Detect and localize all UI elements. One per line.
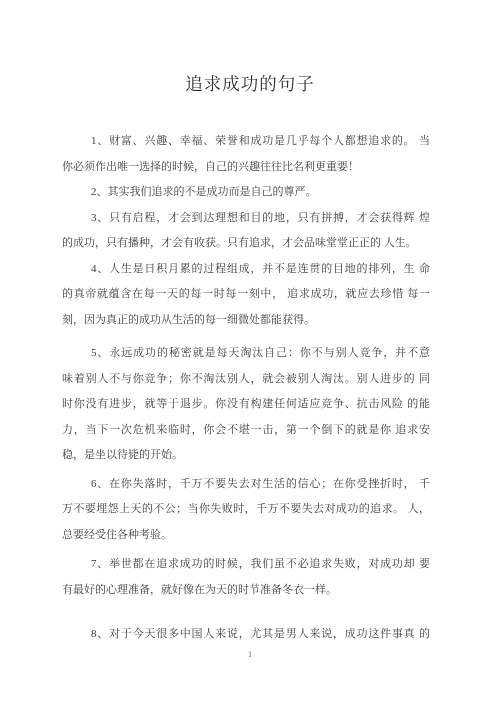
paragraph: 4、人生是日积月累的过程组成，并不是连贯的目地的排列，生 命的真帝就蕴含在每一天…	[62, 257, 430, 334]
paragraph: 7、举世都在追求成功的时候，我们虽不必追求失败，对成功却 要有最好的心理准备，就…	[62, 552, 430, 603]
paragraph-line: 味着别人不与你竞争；你不淘汰别人，就会被别人淘汰。别人进步的 同	[62, 367, 430, 393]
paragraph-line: 刻，因为真正的成功从生活的每一细微处都能获得。	[62, 308, 430, 334]
paragraph-line: 1、财富、兴趣、幸福、荣誉和成功是几乎每个人都想追求的。 当	[62, 129, 430, 155]
paragraph-line: 8、对于今天很多中国人来说，尤其是男人来说，成功这件事真 的	[62, 622, 430, 648]
paragraph-line: 稳，是坐以待毙的开始。	[62, 443, 430, 469]
paragraph: 6、在你失落时，千万不要失去对生活的信心；在你受挫折时， 千万不要埋怨上天的不公…	[62, 472, 430, 549]
paragraph-line: 5、永远成功的秘密就是每天淘汰自己：你不与别人竞争，并不意	[62, 341, 430, 367]
paragraph-line: 有最好的心理准备，就好像在为天的时节准备冬衣一样。	[62, 578, 430, 604]
paragraph-line: 4、人生是日积月累的过程组成，并不是连贯的目地的排列，生 命	[62, 257, 430, 283]
paragraph: 2、其实我们追求的不是成功而是自己的尊严。	[62, 180, 430, 206]
paragraph-line: 总要经受住各种考验。	[62, 523, 430, 549]
paragraph-line: 6、在你失落时，千万不要失去对生活的信心；在你受挫折时， 千	[62, 472, 430, 498]
paragraph: 3、只有启程，才会到达理想和目的地，只有拼搏，才会获得辉 煌的成功，只有播种，才…	[62, 206, 430, 257]
paragraph-line: 万不要埋怨上天的不公；当你失败时，千万不要失去对成功的追求。 人，	[62, 497, 430, 523]
paragraph: 5、永远成功的秘密就是每天淘汰自己：你不与别人竞争，并不意味着别人不与你竞争；你…	[62, 341, 430, 469]
paragraph-line: 的真帝就蕴含在每一天的每一时每一刻中， 追求成功，就应去珍惜 每一	[62, 282, 430, 308]
paragraph: 1、财富、兴趣、幸福、荣誉和成功是几乎每个人都想追求的。 当你必须作出唯一选择的…	[62, 129, 430, 180]
paragraph-line: 力，当下一次危机来临时，你会不堪一击，第一个倒下的就是你 追求安	[62, 418, 430, 444]
document-page: 追求成功的句子 1、财富、兴趣、幸福、荣誉和成功是几乎每个人都想追求的。 当你必…	[0, 0, 500, 708]
paragraph-line: 的成功，只有播种，才会有收获。只有追求，才会品味堂堂正正的 人生。	[62, 231, 430, 257]
document-title: 追求成功的句子	[0, 0, 500, 97]
paragraph: 8、对于今天很多中国人来说，尤其是男人来说，成功这件事真 的	[62, 622, 430, 648]
paragraph-line: 时你没有进步，就等于退步。你没有构建任何适应竞争、抗击风险 的能	[62, 392, 430, 418]
paragraph-line: 3、只有启程，才会到达理想和目的地，只有拼搏，才会获得辉 煌	[62, 206, 430, 232]
paragraph-line: 你必须作出唯一选择的时候，自己的兴趣往往比名利更重要！	[62, 155, 430, 181]
paragraph-line: 7、举世都在追求成功的时候，我们虽不必追求失败，对成功却 要	[62, 552, 430, 578]
paragraph-line: 2、其实我们追求的不是成功而是自己的尊严。	[62, 180, 430, 206]
document-body: 1、财富、兴趣、幸福、荣誉和成功是几乎每个人都想追求的。 当你必须作出唯一选择的…	[0, 129, 500, 648]
page-number: 1	[0, 649, 500, 661]
